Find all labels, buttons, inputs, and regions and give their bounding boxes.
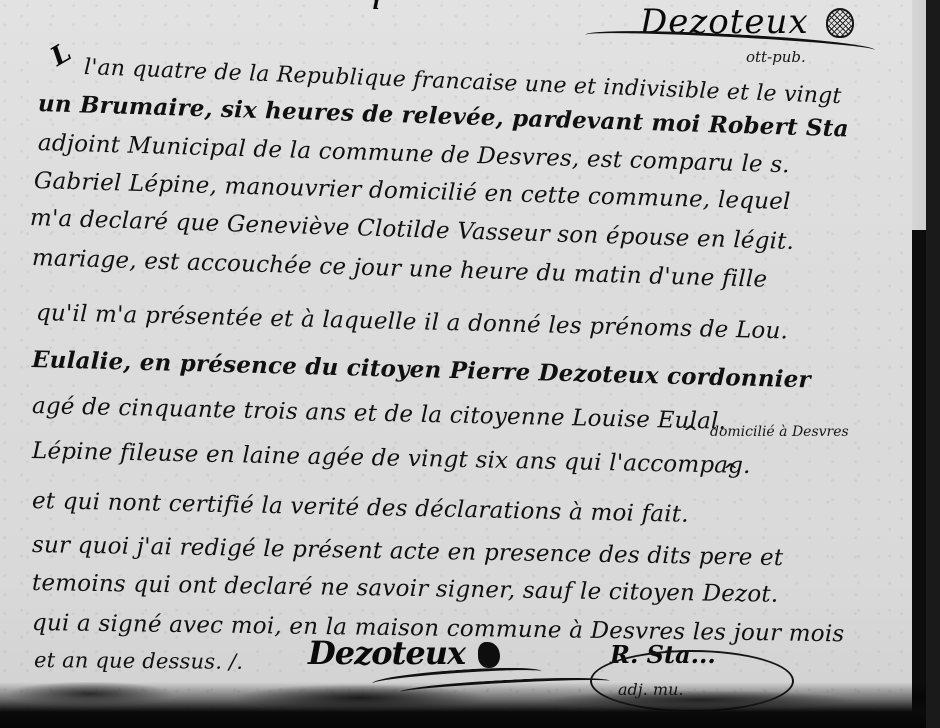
interlinear-insertion: domicilié à Desvres: [710, 424, 849, 440]
page-edge-top: [912, 0, 926, 230]
page-damage-bottom: [0, 682, 926, 728]
signature-seal-icon: [826, 8, 854, 38]
text-line-6: mariage, est accouchée ce jour une heure…: [32, 245, 768, 293]
text-line-9: agé de cinquante trois ans et de la cito…: [32, 393, 727, 435]
margin-note-top: ott-pub.: [746, 48, 806, 66]
text-line-15: et an que dessus. /.: [34, 648, 243, 674]
text-line-13: temoins qui ont declaré ne savoir signer…: [32, 570, 779, 608]
scanned-document-page: ı Dezoteux ott-pub. L l'an quatre de la …: [0, 0, 926, 728]
insertion-caret-1: ^: [683, 422, 698, 443]
signature-ink-blot: [478, 642, 500, 668]
text-line-10: Lépine fileuse en laine agée de vingt si…: [32, 438, 751, 479]
text-line-8: Eulalie, en présence du citoyen Pierre D…: [32, 346, 811, 393]
text-line-11: et qui nont certifié la verité des décla…: [32, 488, 689, 528]
text-line-12: sur quoi j'ai redigé le présent acte en …: [32, 532, 784, 571]
cropped-ink-fragment: ı: [372, 0, 380, 14]
declarant-signature: Dezoteux: [308, 634, 465, 672]
text-line-7: qu'il m'a présentée et à laquelle il a d…: [36, 300, 789, 344]
page-edge-right: [912, 230, 926, 728]
opening-flourish: L: [46, 37, 77, 72]
